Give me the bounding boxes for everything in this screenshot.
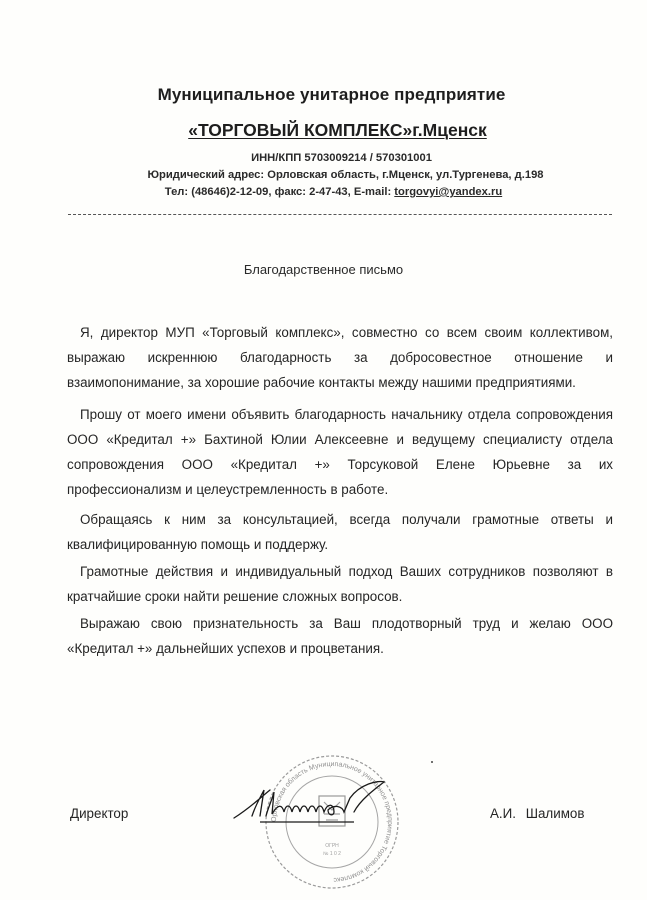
letterhead-org-type: Муниципальное унитарное предприятие (8, 85, 647, 105)
letterhead-org-name: «ТОРГОВЫЙ КОМПЛЕКС»г.Мценск (14, 120, 647, 141)
paragraph-text: Я, директор МУП «Торговый комплекс», сов… (67, 325, 613, 390)
paragraph-text: Прошу от моего имени объявить благодарно… (67, 407, 613, 497)
letterhead-address: Юридический адрес: Орловская область, г.… (22, 169, 647, 181)
paragraph-gratitude-intro: Я, директор МУП «Торговый комплекс», сов… (67, 320, 613, 395)
scan-speck (431, 761, 433, 763)
paragraph-closing-wishes: Выражаю свою признательность за Ваш плод… (67, 611, 613, 661)
paragraph-text: Выражаю свою признательность за Ваш плод… (67, 616, 613, 656)
letterhead-contacts: Тел: (48646)2-12-09, факс: 2-47-43, E-ma… (10, 186, 647, 198)
contacts-phone-fax: Тел: (48646)2-12-09, факс: 2-47-43, E-ma… (165, 186, 394, 198)
paragraph-text: Обращаясь к ним за консультацией, всегда… (67, 512, 613, 552)
org-name-text: «ТОРГОВЫЙ КОМПЛЕКС»г.Мценск (188, 120, 487, 140)
letterhead-inn-kpp: ИНН/КПП 5703009214 / 570301001 (18, 152, 647, 164)
paragraph-approach: Грамотные действия и индивидуальный подх… (67, 559, 613, 609)
paragraph-employees: Прошу от моего имени объявить благодарно… (67, 402, 613, 502)
handwritten-signature-icon (230, 778, 390, 828)
signature-name: А.И. Шалимов (490, 806, 585, 821)
svg-text:№ 1 0 2: № 1 0 2 (323, 851, 341, 857)
letterhead-divider (68, 214, 612, 215)
document-title: Благодарственное письмо (0, 262, 647, 277)
letter-page: Муниципальное унитарное предприятие «ТОР… (0, 0, 647, 900)
paragraph-consultation: Обращаясь к ним за консультацией, всегда… (67, 507, 613, 557)
paragraph-text: Грамотные действия и индивидуальный подх… (67, 564, 613, 604)
signature-position: Директор (70, 806, 128, 821)
svg-text:ОГРН: ОГРН (325, 843, 339, 849)
contacts-email-link[interactable]: torgovyi@yandex.ru (394, 186, 502, 198)
